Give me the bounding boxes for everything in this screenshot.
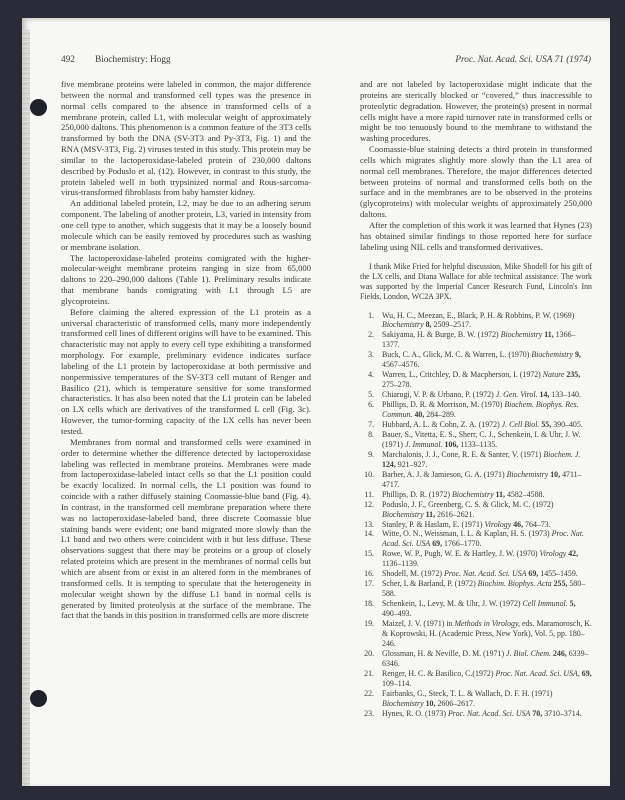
reference-authors: Marchalonis, J. J., Cone, R. E. & Santer…: [382, 450, 543, 459]
reference-journal: Biochemistry: [452, 490, 494, 499]
reference-authors: Poduslo, J. F., Greenberg, C. S. & Glick…: [382, 500, 554, 509]
reference-pages: 390–405.: [551, 420, 583, 429]
reference-journal: Biochemistry: [501, 330, 543, 339]
reference-item: 11.Phillips, D. R. (1972) Biochemistry 1…: [360, 490, 592, 500]
reference-number: 12.: [360, 500, 374, 510]
reference-authors: Sakiyama, H. & Burge, B. W. (1972): [382, 330, 501, 339]
reference-item: 10.Barber, A. J. & Jamieson, G. A. (1971…: [360, 470, 592, 490]
reference-volume: 9,: [573, 350, 581, 359]
reference-pages: 2509–2517.: [432, 320, 471, 329]
reference-volume: 255,: [552, 579, 568, 588]
reference-pages: 4582–4588.: [505, 490, 544, 499]
reference-pages: 1133–1135.: [458, 440, 497, 449]
reference-authors: Shodell, M. (1972): [382, 569, 444, 578]
reference-number: 22.: [360, 689, 374, 699]
reference-number: 5.: [360, 390, 374, 400]
reference-volume: 14,: [538, 390, 550, 399]
reference-volume: 235,: [564, 370, 580, 379]
reference-number: 13.: [360, 520, 374, 530]
reference-volume: 11,: [494, 490, 505, 499]
reference-authors: Glossman, H. & Neville, D. M. (1971): [382, 649, 506, 658]
running-head: 492 Biochemistry: Hogg Proc. Nat. Acad. …: [61, 55, 591, 67]
reference-authors: Warren, L., Critchley, D. & Macpherson, …: [382, 370, 543, 379]
reference-pages: 490–493.: [382, 609, 412, 618]
section-author: Biochemistry: Hogg: [95, 55, 171, 65]
paragraph: An additional labeled protein, L2, may b…: [61, 198, 311, 252]
reference-journal: Nature: [543, 370, 565, 379]
reference-item: 7.Hubbard, A. L. & Cohn, Z. A. (1972) J.…: [360, 420, 592, 430]
reference-list: 1.Wu, H. C., Meezan, E., Black, P. H. & …: [360, 311, 592, 719]
reference-authors: Hubbard, A. L. & Cohn, Z. A. (1972): [382, 420, 502, 429]
reference-pages: 4567–4576.: [382, 360, 419, 369]
reference-journal: J. Immunol.: [405, 440, 442, 449]
reference-authors: Rowe, W. P., Pugh, W. E. & Hartley, J. W…: [382, 549, 540, 558]
punch-hole-top: [30, 99, 47, 116]
reference-journal: Methods in Virology,: [454, 619, 520, 628]
reference-journal: Proc. Nat. Acad. Sci. USA,: [495, 669, 579, 678]
reference-pages: 3710–3714.: [542, 709, 581, 718]
reference-authors: Barber, A. J. & Jamieson, G. A. (1971): [382, 470, 507, 479]
reference-item: 20.Glossman, H. & Neville, D. M. (1971) …: [360, 649, 592, 669]
reference-journal: J. Cell Biol.: [502, 420, 540, 429]
reference-authors: Maizel, J. V. (1971) in: [382, 619, 454, 628]
reference-item: 15.Rowe, W. P., Pugh, W. E. & Hartley, J…: [360, 549, 592, 569]
reference-pages: 1455–1459.: [538, 569, 577, 578]
paragraph: Membranes from normal and transformed ce…: [61, 437, 311, 621]
paragraph: five membrane proteins were labeled in c…: [61, 79, 311, 198]
reference-pages: 1136–1139.: [382, 559, 419, 568]
reference-volume: 55,: [539, 420, 551, 429]
reference-item: 21.Renger, H. C. & Basilico, C.(1972) Pr…: [360, 669, 592, 689]
reference-number: 15.: [360, 549, 374, 559]
reference-authors: Scher, I. & Barland, P. (1972): [382, 579, 478, 588]
reference-pages: 764–73.: [523, 520, 551, 529]
reference-journal: Biochim. Biophys. Acta: [478, 579, 552, 588]
reference-number: 19.: [360, 619, 374, 629]
reference-journal: J. Gen. Virol.: [496, 390, 538, 399]
paragraph: After the completion of this work it was…: [360, 220, 592, 253]
reference-volume: 10,: [424, 699, 436, 708]
reference-journal: Virology: [485, 520, 512, 529]
reference-item: 1.Wu, H. C., Meezan, E., Black, P. H. & …: [360, 311, 592, 331]
reference-volume: 10,: [548, 470, 560, 479]
reference-item: 5.Chiarugi, V. P. & Urbano, P. (1972) J.…: [360, 390, 592, 400]
reference-journal: Biochemistry: [531, 350, 573, 359]
reference-authors: Renger, H. C. & Basilico, C.(1972): [382, 669, 495, 678]
reference-journal: Biochemistry: [382, 510, 424, 519]
reference-number: 7.: [360, 420, 374, 430]
reference-volume: 46,: [511, 520, 523, 529]
reference-pages: 2616–2621.: [435, 510, 474, 519]
reference-volume: 42,: [566, 549, 578, 558]
reference-volume: 106,: [443, 440, 459, 449]
left-column: five membrane proteins were labeled in c…: [61, 79, 311, 621]
reference-journal: Cell Immunol.: [523, 599, 568, 608]
reference-journal: Biochem. J.: [543, 450, 580, 459]
paragraph: and are not labeled by lactoperoxidase m…: [360, 79, 592, 144]
reference-number: 4.: [360, 370, 374, 380]
page-number: 492: [61, 55, 75, 65]
reference-authors: Witte, O. N., Weissman, I. L. & Kaplan, …: [382, 529, 552, 538]
reference-number: 14.: [360, 529, 374, 539]
reference-pages: 2606–2617.: [435, 699, 474, 708]
reference-item: 12.Poduslo, J. F., Greenberg, C. S. & Gl…: [360, 500, 592, 520]
reference-number: 21.: [360, 669, 374, 679]
reference-authors: Buck, C. A., Glick, M. C. & Warren, L. (…: [382, 350, 531, 359]
reference-number: 16.: [360, 569, 374, 579]
reference-journal: J. Biol. Chem.: [506, 649, 551, 658]
reference-number: 9.: [360, 450, 374, 460]
reference-item: 23.Hynes, R. O. (1973) Proc. Nat. Acad. …: [360, 709, 592, 719]
reference-journal: Virology: [540, 549, 567, 558]
reference-number: 8.: [360, 430, 374, 440]
reference-number: 20.: [360, 649, 374, 659]
reference-pages: 133–140.: [549, 390, 581, 399]
paragraph: Coomassie-blue staining detects a third …: [360, 144, 592, 220]
reference-volume: 11,: [542, 330, 553, 339]
paragraph: The lactoperoxidase-labeled proteins com…: [61, 253, 311, 307]
reference-item: 17.Scher, I. & Barland, P. (1972) Biochi…: [360, 579, 592, 599]
right-column: and are not labeled by lactoperoxidase m…: [360, 79, 592, 719]
reference-volume: 70,: [530, 709, 542, 718]
reference-authors: Schenkein, I., Levy, M. & Uhr, J. W. (19…: [382, 599, 523, 608]
acknowledgment: I thank Mike Fried for helpful discussio…: [360, 262, 592, 302]
reference-authors: Hynes, R. O. (1973): [382, 709, 448, 718]
reference-volume: 124,: [382, 460, 396, 469]
reference-pages: 109–114.: [382, 679, 411, 688]
reference-pages: 284–289.: [424, 410, 456, 419]
reference-authors: Stanley, P. & Haslam, E. (1971): [382, 520, 485, 529]
reference-journal: Proc. Nat. Acad. Sci. USA: [444, 569, 526, 578]
reference-pages: 275–278.: [382, 380, 412, 389]
reference-volume: 8,: [424, 320, 432, 329]
reference-volume: 246,: [551, 649, 567, 658]
reference-item: 22.Fairbanks, G., Steck, T. L. & Wallach…: [360, 689, 592, 709]
reference-item: 13.Stanley, P. & Haslam, E. (1971) Virol…: [360, 520, 592, 530]
reference-pages: 921–927.: [396, 460, 428, 469]
reference-number: 10.: [360, 470, 374, 480]
reference-pages: 1766–1770.: [442, 539, 481, 548]
reference-volume: 11,: [424, 510, 435, 519]
reference-authors: Phillips, D. R. & Morrison, M. (1970): [382, 400, 504, 409]
reference-volume: 69,: [580, 669, 592, 678]
reference-authors: Chiarugi, V. P. & Urbano, P. (1972): [382, 390, 496, 399]
reference-number: 18.: [360, 599, 374, 609]
journal-citation: Proc. Nat. Acad. Sci. USA 71 (1974): [455, 55, 591, 65]
reference-authors: Phillips, D. R. (1972): [382, 490, 452, 499]
reference-authors: Fairbanks, G., Steck, T. L. & Wallach, D…: [382, 689, 553, 698]
reference-number: 11.: [360, 490, 374, 500]
reference-item: 14.Witte, O. N., Weissman, I. L. & Kapla…: [360, 529, 592, 549]
reference-item: 9.Marchalonis, J. J., Cone, R. E. & Sant…: [360, 450, 592, 470]
reference-number: 2.: [360, 330, 374, 340]
reference-item: 8.Bauer, S., Vitetta, E. S., Sherr, C. J…: [360, 430, 592, 450]
reference-volume: 5,: [568, 599, 576, 608]
reference-journal: Biochemistry: [507, 470, 549, 479]
reference-volume: 69,: [526, 569, 538, 578]
reference-item: 3.Buck, C. A., Glick, M. C. & Warren, L.…: [360, 350, 592, 370]
reference-journal: Proc. Nat. Acad. Sci. USA: [448, 709, 530, 718]
reference-journal: Biochemistry: [382, 699, 424, 708]
paragraph: Before claiming the altered expression o…: [61, 307, 311, 437]
reference-volume: 69,: [430, 539, 442, 548]
reference-item: 19.Maizel, J. V. (1971) in Methods in Vi…: [360, 619, 592, 649]
reference-number: 3.: [360, 350, 374, 360]
reference-number: 23.: [360, 709, 374, 719]
reference-item: 18.Schenkein, I., Levy, M. & Uhr, J. W. …: [360, 599, 592, 619]
reference-item: 16.Shodell, M. (1972) Proc. Nat. Acad. S…: [360, 569, 592, 579]
reference-item: 4.Warren, L., Critchley, D. & Macpherson…: [360, 370, 592, 390]
reference-number: 6.: [360, 400, 374, 410]
reference-number: 1.: [360, 311, 374, 321]
punch-hole-bottom: [30, 690, 47, 707]
reference-number: 17.: [360, 579, 374, 589]
reference-volume: 40,: [412, 410, 424, 419]
reference-item: 6.Phillips, D. R. & Morrison, M. (1970) …: [360, 400, 592, 420]
reference-journal: Biochemistry: [382, 320, 424, 329]
page-edge-shadow: [22, 30, 30, 786]
reference-authors: Wu, H. C., Meezan, E., Black, P. H. & Ro…: [382, 311, 574, 320]
reference-item: 2.Sakiyama, H. & Burge, B. W. (1972) Bio…: [360, 330, 592, 350]
